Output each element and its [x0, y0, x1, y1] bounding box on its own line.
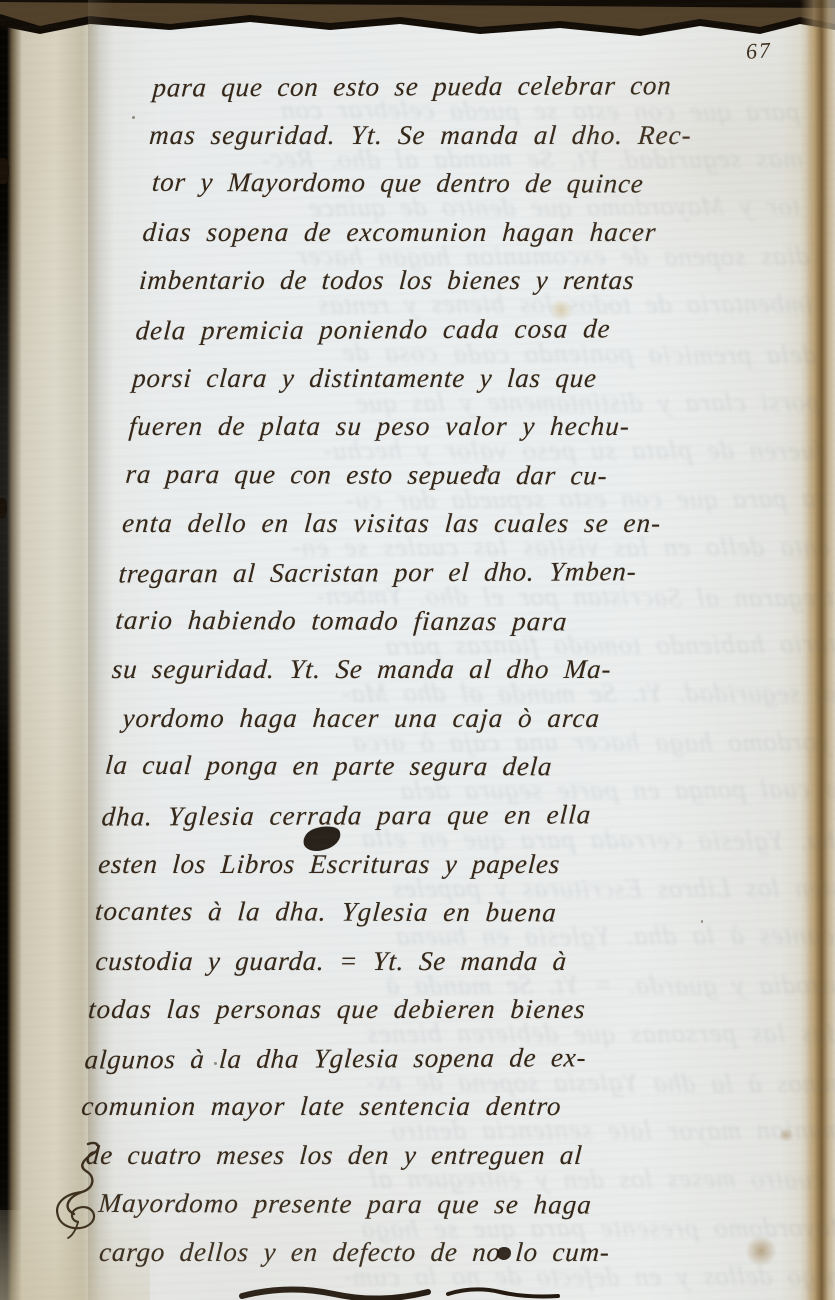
- scribal-mark-icon: [48, 1138, 112, 1242]
- manuscript-line: imbentario de todos los bienes y rentas: [137, 256, 830, 305]
- manuscript-line: Mayordomo presente para que se haga: [73, 1178, 766, 1229]
- manuscript-line: custodia y guarda. = Yt. Se manda à: [90, 937, 783, 986]
- manuscript-line: yordomo haga hacer una caja ò arca: [107, 694, 800, 743]
- manuscript-line: para que con esto se pueda celebrar con: [151, 60, 835, 112]
- paper-speck: [701, 920, 703, 923]
- manuscript-line: algunos à la dha Yglesia sopena de ex-: [83, 1032, 776, 1084]
- manuscript-line: todas las personas que debieren bienes: [87, 985, 780, 1034]
- paper-stain: [744, 1236, 778, 1266]
- manuscript-line: su seguridad. Yt. Se manda al dho Ma-: [110, 645, 803, 694]
- manuscript-line: enta dello en las visitas las cuales se …: [120, 499, 813, 548]
- paper-speck: [486, 468, 489, 472]
- manuscript-line: fueren de plata su peso valor y hechu-: [127, 402, 820, 451]
- paper-stain: [548, 300, 574, 320]
- binding-nick: [0, 158, 9, 184]
- binding-nick: [0, 498, 7, 518]
- manuscript-line: mas seguridad. Yt. Se manda al dho. Rec-: [148, 111, 835, 160]
- manuscript-line: dias sopena de excomunion hagan hacer: [141, 208, 834, 257]
- manuscript-line: ra para que con esto sepueda dar cu-: [124, 450, 817, 501]
- manuscript-line: cargo dellos y en defecto de no lo cum-: [70, 1228, 763, 1277]
- manuscript-line: tregaran al Sacristan por el dho. Ymben-: [117, 546, 810, 598]
- manuscript-line: tor y Mayordomo que dentro de quince: [144, 158, 835, 209]
- book-scan: para que con esto se pueda celebrar conm…: [0, 0, 835, 1300]
- manuscript-line: porsi clara y distintamente y las que: [131, 354, 824, 403]
- manuscript-line: esten los Libros Escrituras y papeles: [97, 840, 790, 889]
- manuscript-line: tario habiendo tomado fianzas para: [114, 595, 807, 646]
- manuscript-line: dha. Yglesia cerrada para que en ella: [100, 789, 793, 841]
- manuscript-line: dela premicia poniendo cada cosa de: [134, 303, 827, 355]
- paper-stain: [778, 1128, 794, 1142]
- manuscript-line: la cual ponga en parte segura dela: [104, 741, 797, 792]
- page-top-edge: [0, 0, 835, 52]
- manuscript-text: para que con esto se pueda celebrar conm…: [70, 62, 835, 1277]
- cutoff-strokes: [238, 1282, 568, 1300]
- manuscript-line: tocantes à la dha. Yglesia en buena: [93, 887, 786, 938]
- manuscript-line: de cuatro meses los den y entreguen al: [76, 1131, 769, 1180]
- paper-speck: [132, 116, 135, 119]
- manuscript-line: comunion mayor late sentencia dentro: [80, 1082, 773, 1131]
- paper-speck: [214, 1062, 217, 1065]
